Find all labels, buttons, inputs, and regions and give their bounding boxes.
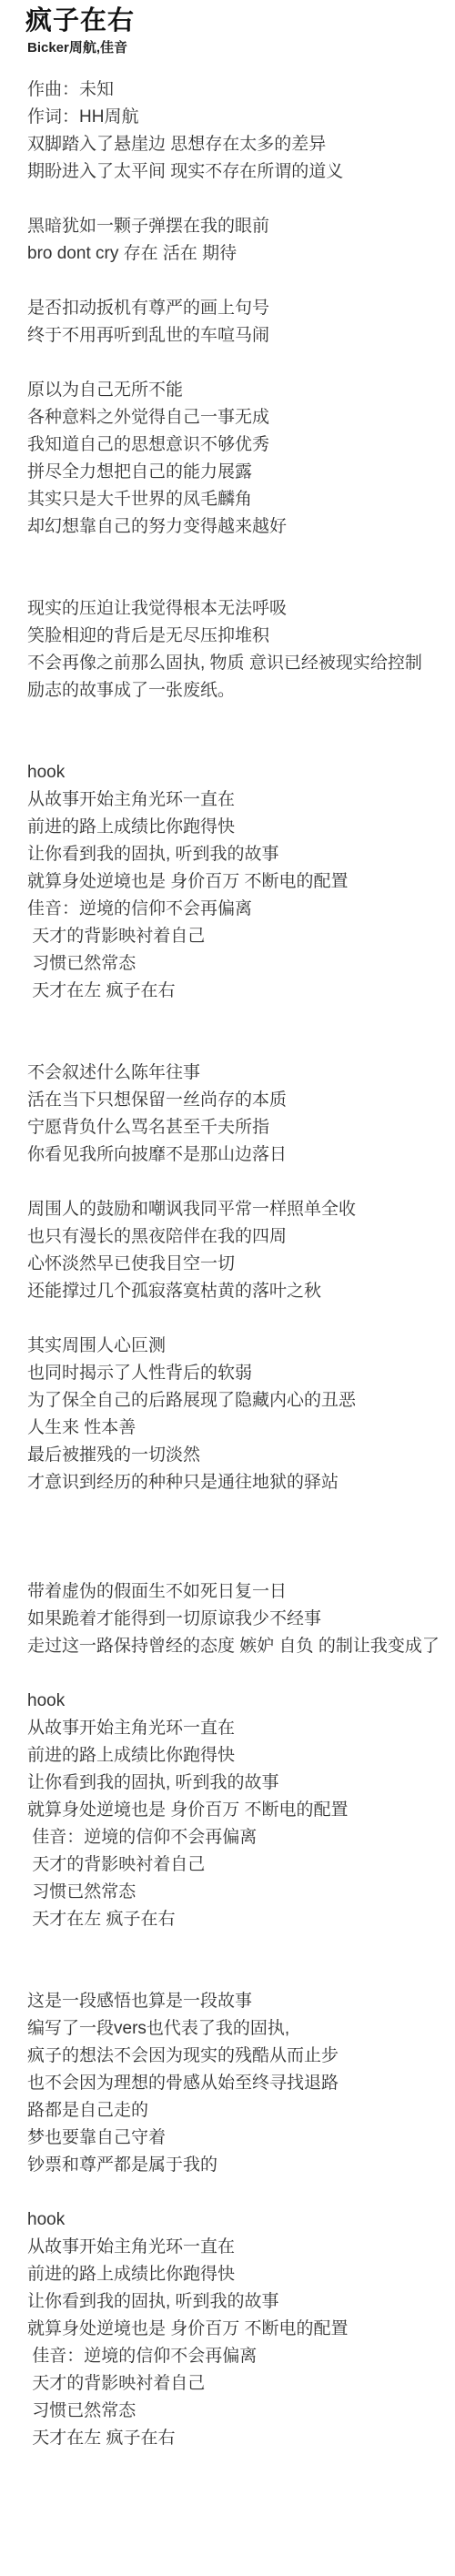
lyric-line: 周围人的鼓励和嘲讽我同平常一样照单全收 [27, 1196, 455, 1223]
lyric-line: 从故事开始主角光环一直在 [27, 1715, 455, 1742]
lyric-line: 却幻想靠自己的努力变得越来越好 [27, 513, 455, 541]
lyric-line: 心怀淡然早已使我目空一切 [27, 1251, 455, 1278]
lyric-line: hook [27, 2206, 455, 2234]
lyric-line: 你看见我所向披靡不是那山边落日 [27, 1141, 455, 1169]
lyric-blank-line [27, 1169, 455, 1196]
lyric-line: 拼尽全力想把自己的能力展露 [27, 459, 455, 486]
lyric-blank-line [27, 1551, 455, 1578]
lyric-line: 也只有漫长的黑夜陪伴在我的四周 [27, 1223, 455, 1251]
lyric-blank-line [27, 1005, 455, 1032]
lyric-line: 不会叙述什么陈年往事 [27, 1060, 455, 1087]
lyric-line: 现实的压迫让我觉得根本无法呼吸 [27, 595, 455, 623]
lyric-line: 梦也要靠自己守着 [27, 2125, 455, 2152]
lyric-line: 各种意料之外觉得自己一事无成 [27, 404, 455, 431]
lyric-line: 佳音：逆境的信仰不会再偏离 [27, 2343, 455, 2370]
lyric-line: 作曲：未知 [27, 76, 455, 104]
lyric-line: 前进的路上成绩比你跑得快 [27, 814, 455, 841]
lyric-blank-line [27, 186, 455, 213]
lyric-blank-line [27, 1961, 455, 1988]
lyric-line: 笑脸相迎的背后是无尽压抑堆积 [27, 623, 455, 650]
lyric-line: 就算身处逆境也是 身价百万 不断电的配置 [27, 2316, 455, 2343]
lyric-blank-line [27, 1933, 455, 1961]
song-artist: Bicker周航,佳音 [27, 39, 455, 56]
lyric-line: 这是一段感悟也算是一段故事 [27, 1988, 455, 2015]
lyric-line: 习惯已然常态 [27, 2398, 455, 2425]
lyric-line: 期盼进入了太平间 现实不存在所谓的道义 [27, 158, 455, 186]
lyric-line: 终于不用再听到乱世的车喧马闹 [27, 322, 455, 350]
lyric-line: 天才的背影映衬着自己 [27, 923, 455, 950]
lyric-line: 还能撑过几个孤寂落寞枯黄的落叶之秋 [27, 1278, 455, 1305]
lyric-line: 习惯已然常态 [27, 950, 455, 978]
lyric-blank-line [27, 568, 455, 595]
lyric-line: 其实只是大千世界的凤毛麟角 [27, 486, 455, 513]
lyric-line: 佳音：逆境的信仰不会再偏离 [27, 1824, 455, 1851]
lyric-line: 走过这一路保持曾经的态度 嫉妒 自负 的制让我变成了 [27, 1633, 455, 1660]
lyric-line: 是否扣动扳机有尊严的画上句号 [27, 295, 455, 322]
lyric-line: 其实周围人心叵测 [27, 1333, 455, 1360]
lyric-blank-line [27, 541, 455, 568]
lyric-line: bro dont cry 存在 活在 期待 [27, 240, 455, 268]
lyrics-page: 疯子在右 Bicker周航,佳音 作曲：未知作词：HH周航双脚踏入了悬崖边 思想… [0, 0, 455, 2576]
lyric-line: 就算身处逆境也是 身价百万 不断电的配置 [27, 868, 455, 896]
lyric-line: 也同时揭示了人性背后的软弱 [27, 1360, 455, 1387]
lyric-line: 宁愿背负什么骂名甚至千夫所指 [27, 1114, 455, 1141]
lyric-line: 路都是自己走的 [27, 2097, 455, 2125]
lyric-line: 天才在左 疯子在右 [27, 2425, 455, 2452]
lyric-blank-line [27, 705, 455, 732]
lyric-blank-line [27, 268, 455, 295]
lyric-line: 天才在左 疯子在右 [27, 1906, 455, 1933]
lyric-line: 不会再像之前那么固执, 物质 意识已经被现实给控制 [27, 650, 455, 677]
lyric-line: 从故事开始主角光环一直在 [27, 2234, 455, 2261]
lyric-line: 最后被摧残的一切淡然 [27, 1442, 455, 1469]
lyric-line: 就算身处逆境也是 身价百万 不断电的配置 [27, 1797, 455, 1824]
lyric-blank-line [27, 1496, 455, 1524]
lyric-line: 让你看到我的固执, 听到我的故事 [27, 2288, 455, 2316]
lyric-line: hook [27, 1688, 455, 1715]
lyric-line: 活在当下只想保留一丝尚存的本质 [27, 1087, 455, 1114]
lyric-line: 我知道自己的思想意识不够优秀 [27, 431, 455, 459]
lyric-line: 疯子的想法不会因为现实的残酷从而止步 [27, 2043, 455, 2070]
lyric-blank-line [27, 350, 455, 377]
lyric-line: 黑暗犹如一颗子弹摆在我的眼前 [27, 213, 455, 240]
lyric-line: 才意识到经历的种种只是通往地狱的驿站 [27, 1469, 455, 1496]
lyric-line: 为了保全自己的后路展现了隐藏内心的丑恶 [27, 1387, 455, 1415]
lyric-blank-line [27, 1660, 455, 1688]
lyric-line: 钞票和尊严都是属于我的 [27, 2152, 455, 2179]
lyric-line: 原以为自己无所不能 [27, 377, 455, 404]
lyric-line: 作词：HH周航 [27, 104, 455, 131]
lyric-line: 从故事开始主角光环一直在 [27, 786, 455, 814]
lyric-line: 天才在左 疯子在右 [27, 978, 455, 1005]
lyric-line: 让你看到我的固执, 听到我的故事 [27, 1770, 455, 1797]
lyric-blank-line [27, 1305, 455, 1333]
lyric-line: 天才的背影映衬着自己 [27, 2370, 455, 2398]
lyric-line: 习惯已然常态 [27, 1879, 455, 1906]
lyric-blank-line [27, 2179, 455, 2206]
lyric-blank-line [27, 732, 455, 759]
lyric-line: 佳音：逆境的信仰不会再偏离 [27, 896, 455, 923]
lyric-blank-line [27, 1524, 455, 1551]
lyric-line: 也不会因为理想的骨感从始至终寻找退路 [27, 2070, 455, 2097]
lyric-line: 让你看到我的固执, 听到我的故事 [27, 841, 455, 868]
lyric-line: 编写了一段vers也代表了我的固执, [27, 2015, 455, 2043]
lyric-line: 励志的故事成了一张废纸。 [27, 677, 455, 705]
lyric-line: 前进的路上成绩比你跑得快 [27, 1742, 455, 1770]
lyric-line: 人生来 性本善 [27, 1415, 455, 1442]
lyrics-body: 作曲：未知作词：HH周航双脚踏入了悬崖边 思想存在太多的差异期盼进入了太平间 现… [27, 76, 455, 2452]
lyric-line: 如果跪着才能得到一切原谅我少不经事 [27, 1606, 455, 1633]
lyric-line: 天才的背影映衬着自己 [27, 1851, 455, 1879]
lyric-line: hook [27, 759, 455, 786]
song-title: 疯子在右 [25, 0, 455, 39]
lyric-line: 带着虚伪的假面生不如死日复一日 [27, 1578, 455, 1606]
lyric-blank-line [27, 1032, 455, 1060]
lyric-line: 双脚踏入了悬崖边 思想存在太多的差异 [27, 131, 455, 158]
lyric-line: 前进的路上成绩比你跑得快 [27, 2261, 455, 2288]
